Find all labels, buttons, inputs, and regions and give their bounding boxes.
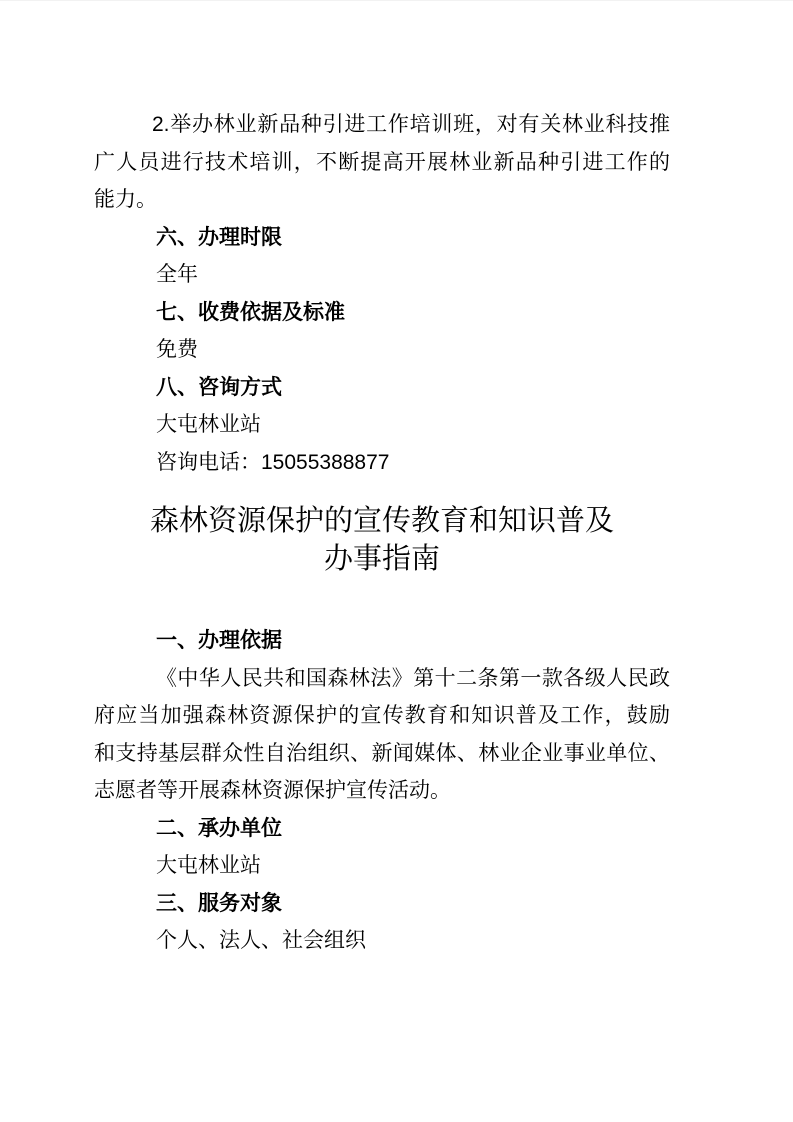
body-line: 全年 (94, 256, 670, 294)
document-page: 2.举办林业新品种引进工作培训班，对有关林业科技推 广人员进行技术培训，不断提高… (0, 0, 793, 1122)
document-title-line-2: 办事指南 (94, 540, 670, 578)
document-title-line-1: 森林资源保护的宣传教育和知识普及 (94, 502, 670, 540)
section-heading-6: 六、办理时限 (94, 219, 670, 257)
body-line: 免费 (94, 331, 670, 369)
body-line: 个人、法人、社会组织 (94, 922, 670, 960)
section-heading-7: 七、收费依据及标准 (94, 294, 670, 332)
section-heading-3: 三、服务对象 (94, 885, 670, 923)
section-heading-1: 一、办理依据 (94, 622, 670, 660)
body-line: 大屯林业站 (94, 847, 670, 885)
body-line-phone: 咨询电话：15055388877 (94, 444, 670, 482)
document-title: 森林资源保护的宣传教育和知识普及 办事指南 (94, 502, 670, 578)
paragraph-line: 能力。 (94, 181, 670, 219)
paragraph-line: 志愿者等开展森林资源保护宣传活动。 (94, 772, 670, 810)
section-heading-8: 八、咨询方式 (94, 369, 670, 407)
paragraph-line: 《中华人民共和国森林法》第十二条第一款各级人民政 (94, 660, 670, 698)
paragraph-line: 广人员进行技术培训，不断提高开展林业新品种引进工作的 (94, 144, 670, 182)
paragraph-line: 府应当加强森林资源保护的宣传教育和知识普及工作，鼓励 (94, 697, 670, 735)
paragraph-line: 2.举办林业新品种引进工作培训班，对有关林业科技推 (94, 106, 670, 144)
paragraph-line: 和支持基层群众性自治组织、新闻媒体、林业企业事业单位、 (94, 735, 670, 773)
section-heading-2: 二、承办单位 (94, 810, 670, 848)
body-line: 大屯林业站 (94, 406, 670, 444)
